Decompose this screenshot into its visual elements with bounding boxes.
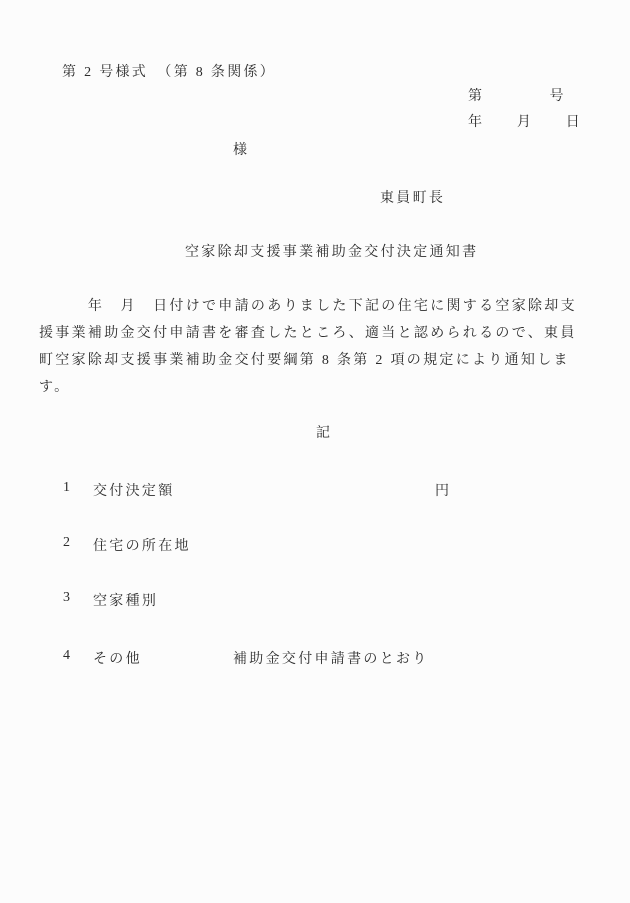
list-item-grant-amount: 1 交付決定額 円 xyxy=(0,480,630,500)
form-number: 第 2 号様式 （第 8 条関係） xyxy=(62,63,276,83)
sender-name: 東員町長 xyxy=(380,189,445,209)
addressee-suffix: 様 xyxy=(233,141,249,161)
document-title: 空家除却支援事業補助金交付決定通知書 xyxy=(185,243,478,263)
date-placeholder: 年 月 日 xyxy=(468,113,582,133)
body-paragraph: 年 月 日付けで申請のありました下記の住宅に関する空家除却支 援事業補助金交付申… xyxy=(39,293,591,401)
list-marker-ki: 記 xyxy=(316,424,332,444)
item-value: 円 xyxy=(435,480,451,500)
item-label: 住宅の所在地 xyxy=(93,535,191,555)
item-number: 4 xyxy=(63,648,72,664)
list-item-vacant-house-type: 3 空家種別 xyxy=(0,590,630,610)
item-number: 1 xyxy=(63,480,72,496)
document-page: 第 2 号様式 （第 8 条関係） 第 号 年 月 日 様 東員町長 空家除却支… xyxy=(0,0,630,903)
list-item-other: 4 その他 補助金交付申請書のとおり xyxy=(0,648,630,668)
item-label: 空家種別 xyxy=(93,590,158,610)
item-label: 交付決定額 xyxy=(93,480,175,500)
item-label: その他 xyxy=(93,648,142,668)
document-number-placeholder: 第 号 xyxy=(468,87,566,107)
list-item-house-location: 2 住宅の所在地 xyxy=(0,535,630,555)
item-number: 2 xyxy=(63,535,72,551)
item-number: 3 xyxy=(63,590,72,606)
item-value: 補助金交付申請書のとおり xyxy=(233,648,429,668)
